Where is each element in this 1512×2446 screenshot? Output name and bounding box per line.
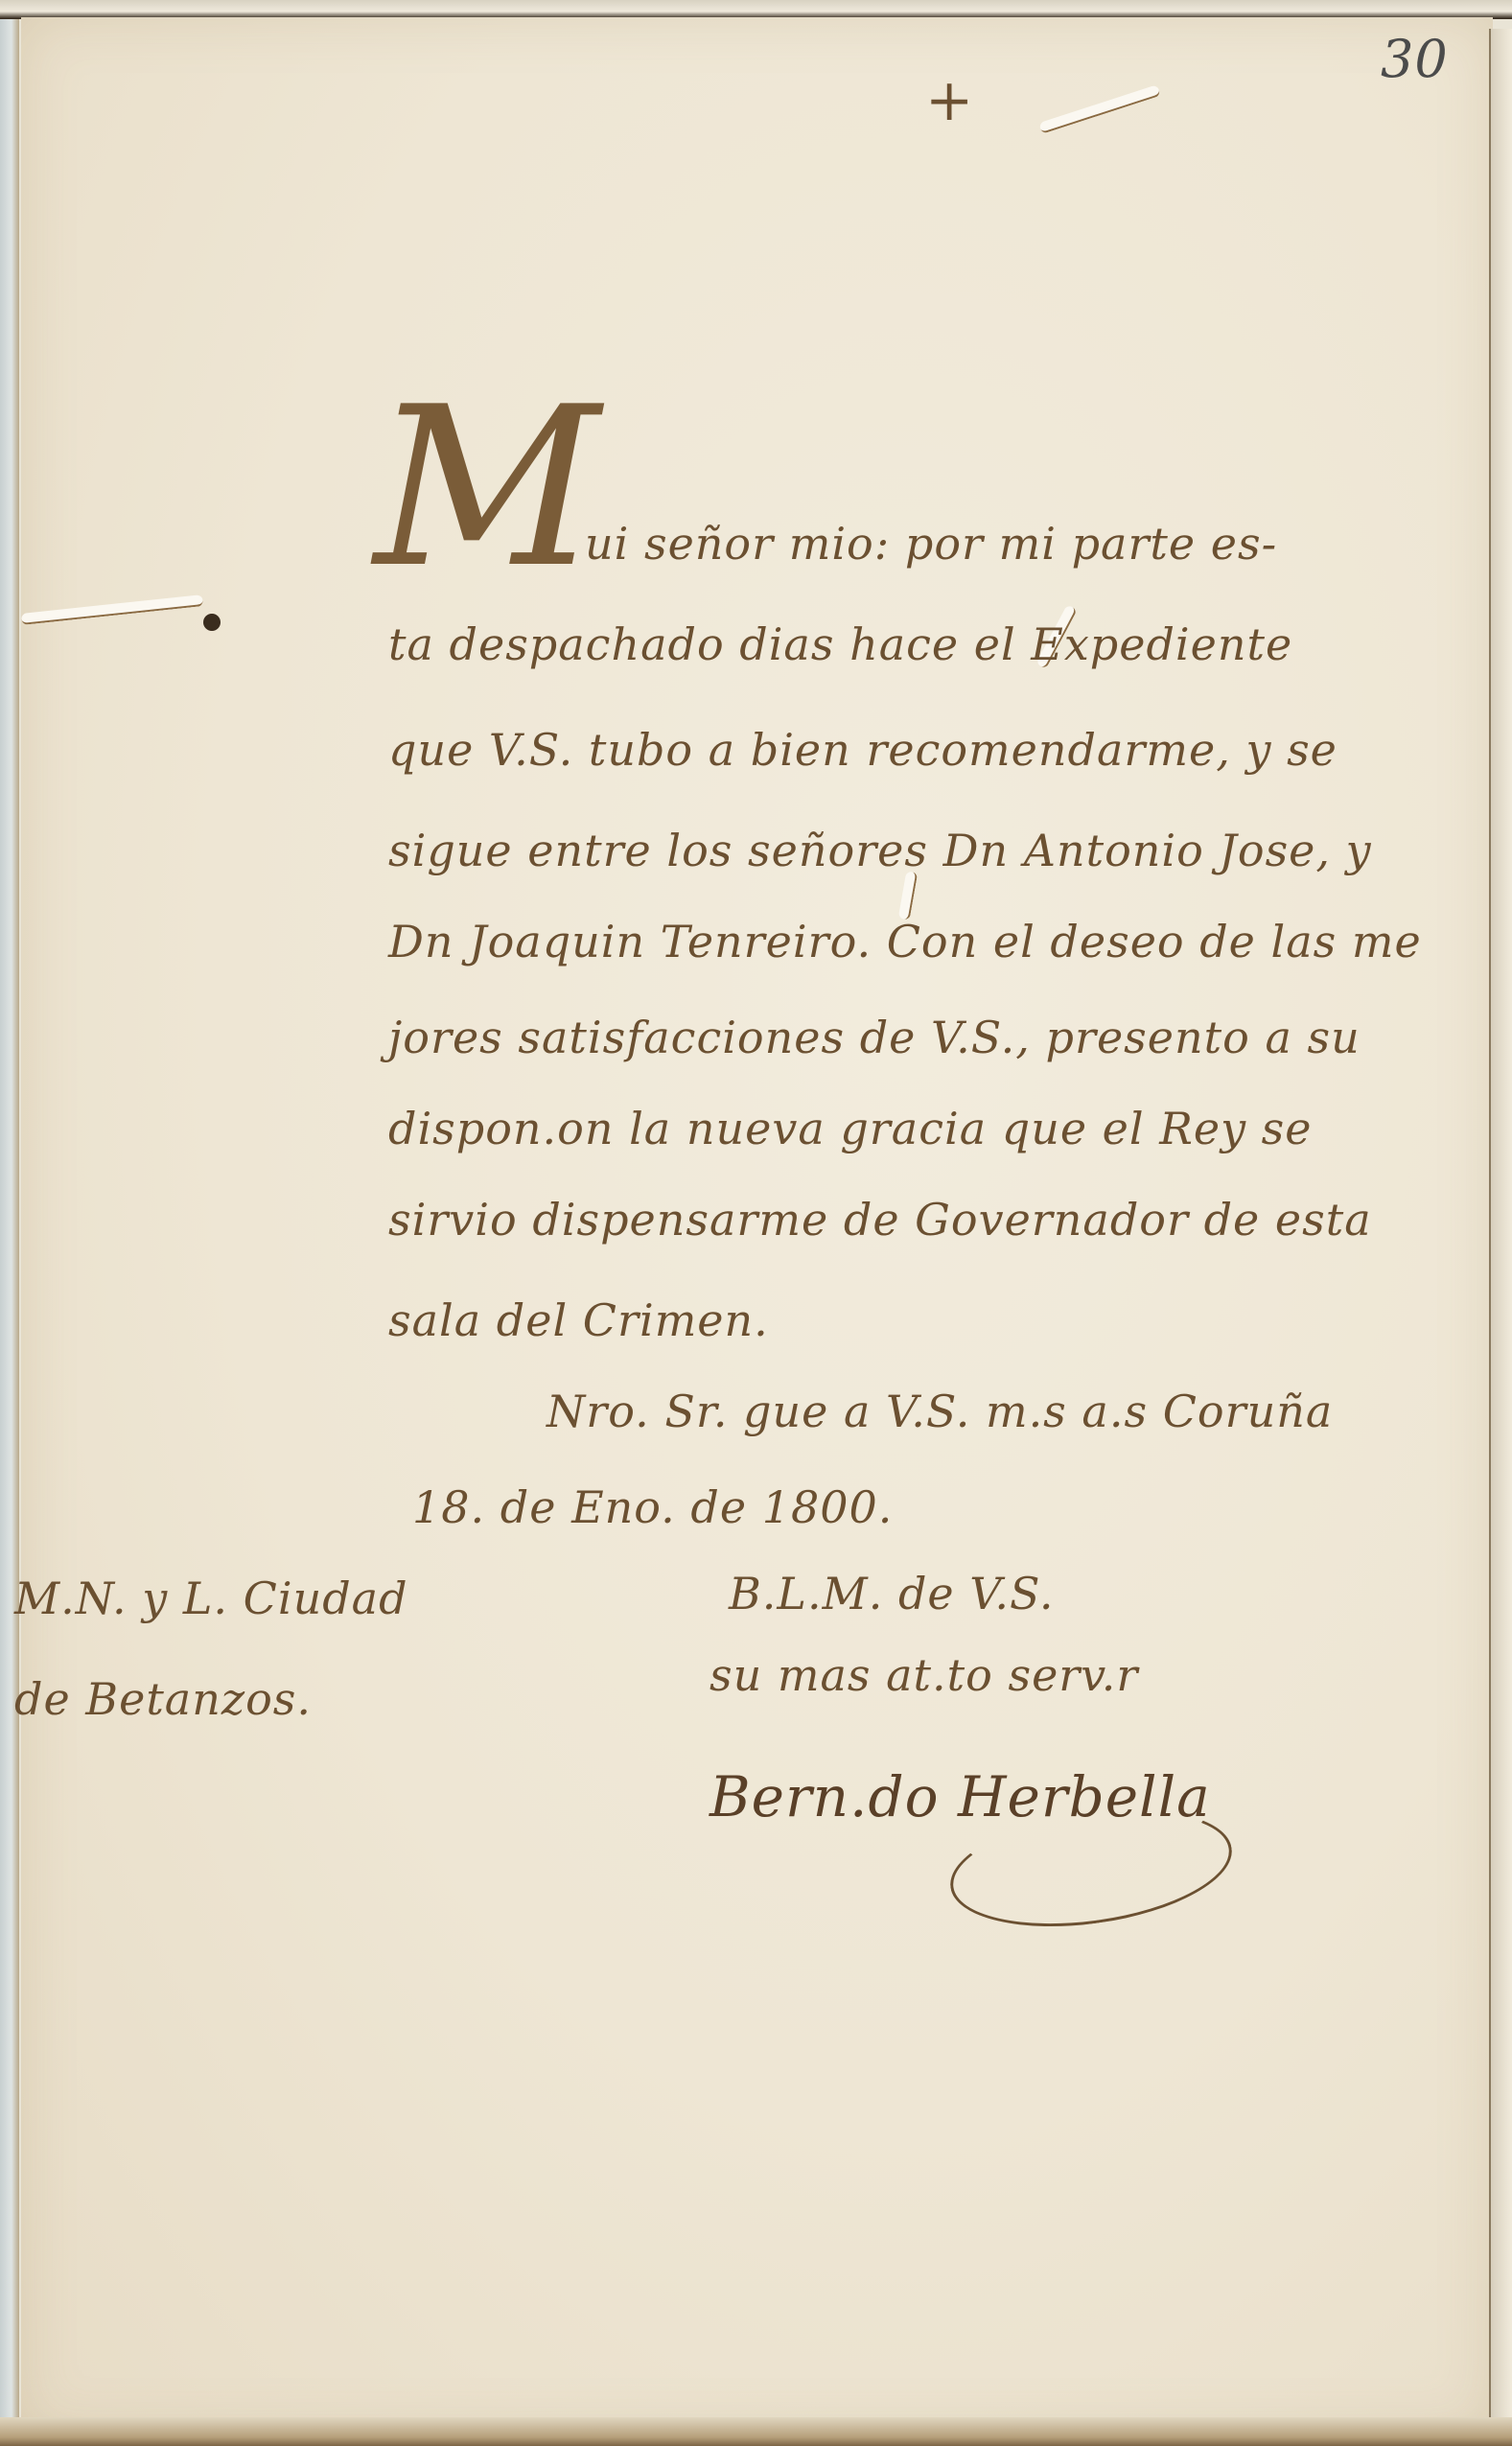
right-page-edge: [1489, 29, 1512, 2446]
binding-strip: [0, 0, 19, 2446]
letter-line-1: ui señor mio: por mi parte es-: [585, 518, 1277, 570]
letter-line-7: dispon.on la nueva gracia que el Rey se: [388, 1103, 1313, 1154]
letter-line-2: ta despachado dias hace el Expediente: [388, 618, 1292, 670]
letter-line-8: sirvio dispensarme de Governador de esta: [388, 1194, 1372, 1246]
paper-tear-fold: [898, 871, 919, 920]
folio-number: 30: [1381, 29, 1449, 89]
letter-line-4: sigue entre los señores Dn Antonio Jose,…: [388, 825, 1372, 876]
salutation-initial: M: [374, 379, 601, 599]
paper-tear-top: [1038, 84, 1160, 134]
letter-line-5: Dn Joaquin Tenreiro. Con el deseo de las…: [388, 916, 1422, 967]
letter-line-6: jores satisfacciones de V.S., presento a…: [388, 1012, 1361, 1063]
bottom-stain: [0, 2417, 1512, 2446]
top-page-edge: [0, 0, 1512, 19]
addressee-line-1: M.N. y L. Ciudad: [14, 1572, 408, 1624]
letter-line-9: sala del Crimen.: [388, 1294, 769, 1346]
closing-line: Nro. Sr. gue a V.S. m.s a.s Coruña: [547, 1386, 1333, 1437]
date-line: 18. de Eno. de 1800.: [412, 1481, 893, 1533]
paper-tear-left: [21, 594, 203, 625]
addressee-line-2: de Betanzos.: [14, 1673, 312, 1725]
courtesy-line-1: B.L.M. de V.S.: [729, 1568, 1055, 1619]
ink-blot: [203, 614, 221, 631]
letter-line-3: que V.S. tubo a bien recomendarme, y se: [388, 724, 1338, 776]
top-cross-mark: +: [925, 67, 974, 134]
courtesy-line-2: su mas at.to serv.r: [709, 1649, 1138, 1701]
